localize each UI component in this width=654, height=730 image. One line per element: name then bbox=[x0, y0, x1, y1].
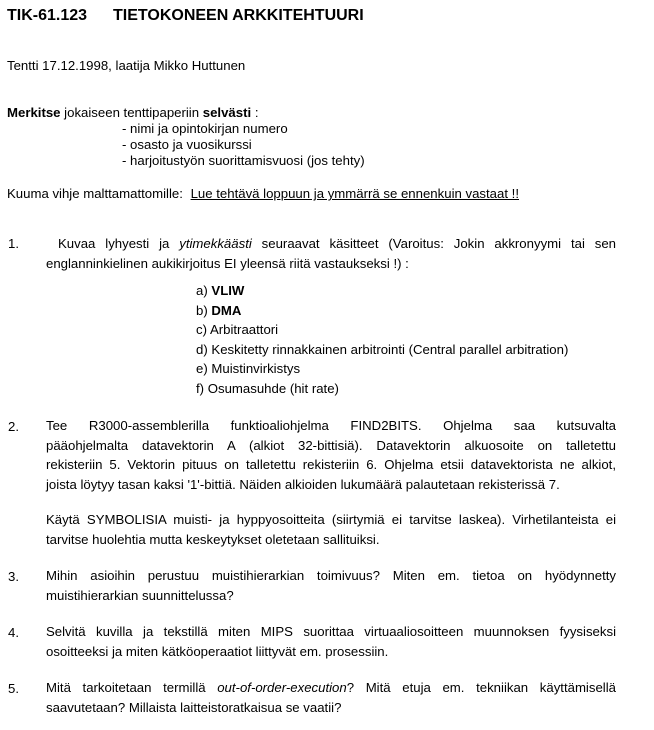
subitem: b) DMA bbox=[196, 301, 568, 321]
instruction-item: - osasto ja vuosikurssi bbox=[122, 137, 252, 152]
exam-info: Tentti 17.12.1998, laatija Mikko Huttune… bbox=[7, 58, 245, 73]
question-3: Mihin asioihin perustuu muistihierarkian… bbox=[46, 566, 616, 605]
clearly-bold: selvästi bbox=[203, 105, 251, 120]
subitem: a) VLIW bbox=[196, 281, 568, 301]
question-5-line-2: saavutetaan? Millaista laitteistoratkais… bbox=[46, 698, 616, 718]
subitem: f) Osumasuhde (hit rate) bbox=[196, 379, 568, 399]
question-1: Kuvaa lyhyesti ja ytimekkäästi seuraavat… bbox=[46, 234, 616, 273]
course-code: TIK-61.123 bbox=[7, 7, 87, 25]
hint-text: Lue tehtävä loppuun ja ymmärrä se ennenk… bbox=[191, 186, 519, 201]
mark-text: jokaiseen tenttipaperiin bbox=[61, 105, 203, 120]
mark-instruction: Merkitse jokaiseen tenttipaperiin selväs… bbox=[7, 105, 258, 120]
question-2: Tee R3000-assemblerilla funktioaliohjelm… bbox=[46, 416, 616, 494]
mark-colon: : bbox=[251, 105, 258, 120]
subitem: c) Arbitraattori bbox=[196, 320, 568, 340]
question-number: 2. bbox=[8, 419, 19, 434]
hint-label: Kuuma vihje malttamattomille: bbox=[7, 186, 183, 201]
subitem: d) Keskitetty rinnakkainen arbitrointi (… bbox=[196, 340, 568, 360]
question-1-subitems: a) VLIW b) DMA c) Arbitraattori d) Keski… bbox=[196, 281, 568, 399]
question-number: 4. bbox=[8, 625, 19, 640]
question-1-line-1: Kuvaa lyhyesti ja ytimekkäästi seuraavat… bbox=[46, 234, 616, 254]
question-number: 3. bbox=[8, 569, 19, 584]
hint: Kuuma vihje malttamattomille: Lue tehtäv… bbox=[7, 186, 519, 201]
question-5-line-1: Mitä tarkoitetaan termillä out-of-order-… bbox=[46, 678, 616, 698]
question-number: 1. bbox=[8, 236, 19, 251]
instruction-item: - harjoitustyön suorittamisvuosi (jos te… bbox=[122, 153, 365, 168]
question-5: Mitä tarkoitetaan termillä out-of-order-… bbox=[46, 678, 616, 717]
subitem: e) Muistinvirkistys bbox=[196, 359, 568, 379]
question-number: 5. bbox=[8, 681, 19, 696]
question-2-note: Käytä SYMBOLISIA muisti- ja hyppyosoitte… bbox=[46, 510, 616, 549]
instruction-item: - nimi ja opintokirjan numero bbox=[122, 121, 288, 136]
question-1-line-2: englanninkielinen aukikirjoitus EI yleen… bbox=[46, 254, 616, 274]
course-title: TIETOKONEEN ARKKITEHTUURI bbox=[113, 7, 364, 25]
question-4: Selvitä kuvilla ja tekstillä miten MIPS … bbox=[46, 622, 616, 661]
mark-bold: Merkitse bbox=[7, 105, 61, 120]
